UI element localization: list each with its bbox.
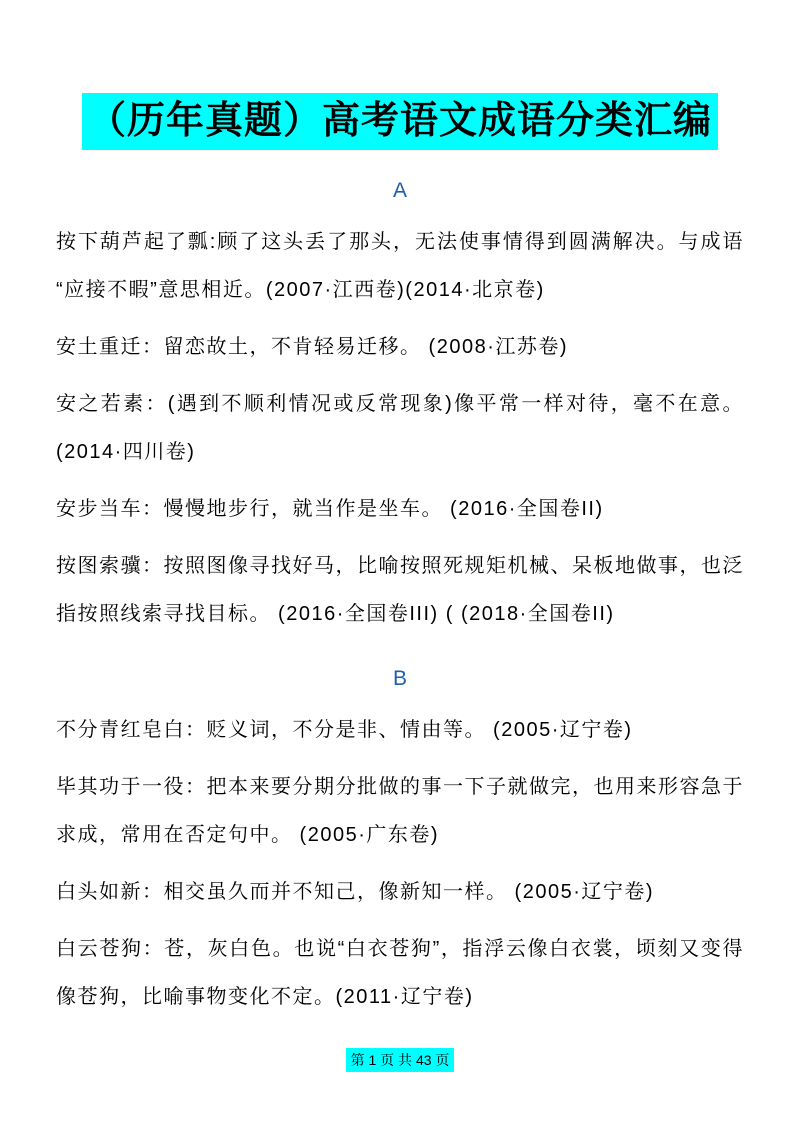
idiom-entry: 毕其功于一役：把本来要分期分批做的事一下子就做完，也用来形容急于求成，常用在否定… (56, 763, 744, 859)
section-heading-a: A (56, 176, 744, 206)
idiom-entry: 不分青红皂白：贬义词，不分是非、情由等。 (2005·辽宁卷) (56, 706, 744, 754)
idiom-entry: 白云苍狗：苍，灰白色。也说“白衣苍狗”，指浮云像白衣裳，顷刻又变得像苍狗，比喻事… (56, 925, 744, 1021)
idiom-entry: 按下葫芦起了瓢:顾了这头丢了那头，无法使事情得到圆满解决。与成语“应接不暇”意思… (56, 218, 744, 314)
title-block: （历年真题）高考语文成语分类汇编 (56, 0, 744, 150)
idiom-entry: 按图索骥：按照图像寻找好马，比喻按照死规矩机械、呆板地做事，也泛指按照线索寻找目… (56, 542, 744, 638)
idiom-entry: 安之若素：(遇到不顺利情况或反常现象)像平常一样对待，毫不在意。(2014·四川… (56, 380, 744, 476)
page-number: 第 1 页 共 43 页 (346, 1048, 455, 1072)
document-page: （历年真题）高考语文成语分类汇编 A按下葫芦起了瓢:顾了这头丢了那头，无法使事情… (0, 0, 800, 1132)
section-a: A按下葫芦起了瓢:顾了这头丢了那头，无法使事情得到圆满解决。与成语“应接不暇”意… (56, 176, 744, 638)
idiom-entry: 安土重迁：留恋故土，不肯轻易迁移。 (2008·江苏卷) (56, 323, 744, 371)
section-b: B不分青红皂白：贬义词，不分是非、情由等。 (2005·辽宁卷)毕其功于一役：把… (56, 664, 744, 1021)
section-heading-b: B (56, 664, 744, 694)
idiom-entry: 安步当车：慢慢地步行，就当作是坐车。 (2016·全国卷II) (56, 485, 744, 533)
document-body: A按下葫芦起了瓢:顾了这头丢了那头，无法使事情得到圆满解决。与成语“应接不暇”意… (56, 176, 744, 1021)
page-footer: 第 1 页 共 43 页 (0, 1048, 800, 1072)
document-title: （历年真题）高考语文成语分类汇编 (82, 93, 718, 150)
idiom-entry: 白头如新：相交虽久而并不知己，像新知一样。 (2005·辽宁卷) (56, 868, 744, 916)
